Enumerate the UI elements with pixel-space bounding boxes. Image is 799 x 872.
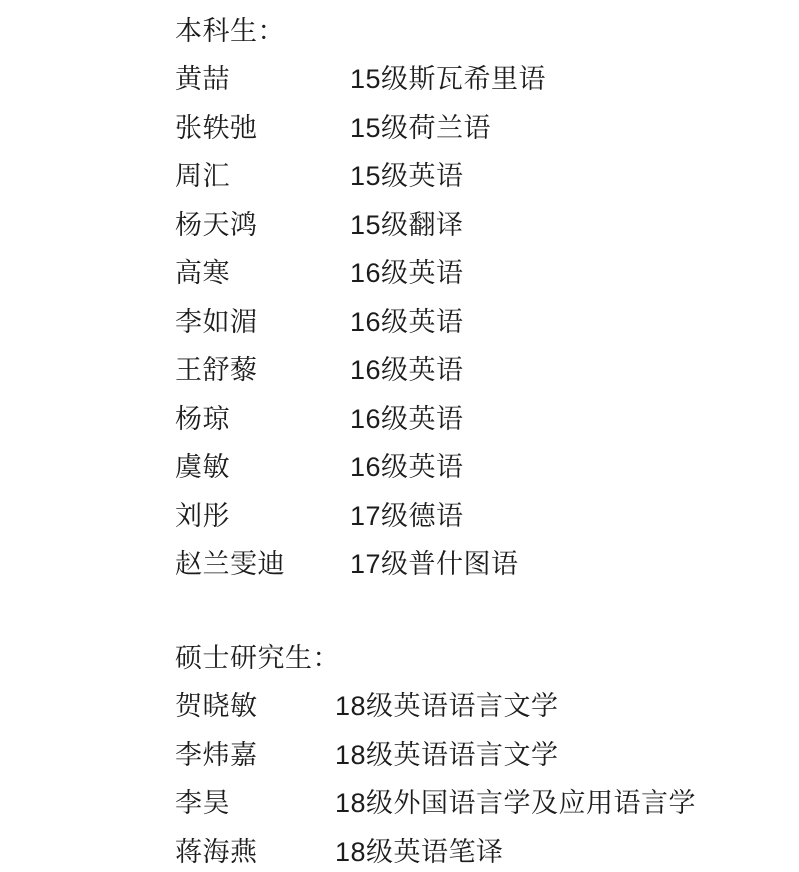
- student-row: 李昊18级外国语言学及应用语言学: [175, 780, 799, 829]
- student-name: 李炜嘉: [175, 742, 335, 769]
- masters-section: 硕士研究生： 贺晓敏18级英语语言文学李炜嘉18级英语语言文学李昊18级外国语言…: [175, 634, 799, 872]
- student-row: 虞敏16级英语: [175, 444, 799, 493]
- student-program: 16级英语: [350, 309, 464, 336]
- student-name: 虞敏: [175, 454, 350, 481]
- undergraduate-section-header: 本科生：: [175, 7, 799, 56]
- student-program: 15级英语: [350, 163, 464, 190]
- student-row: 杨琼16级英语: [175, 395, 799, 444]
- student-name: 蒋海燕: [175, 839, 335, 866]
- student-name: 李如湄: [175, 309, 350, 336]
- student-name: 张轶弛: [175, 115, 350, 142]
- student-row: 张轶弛15级荷兰语: [175, 104, 799, 153]
- student-program: 16级英语: [350, 357, 464, 384]
- student-row: 王舒藜16级英语: [175, 347, 799, 396]
- student-program: 15级荷兰语: [350, 115, 491, 142]
- student-name: 杨琼: [175, 406, 350, 433]
- student-program: 15级翻译: [350, 212, 464, 239]
- student-row: 黄喆15级斯瓦希里语: [175, 56, 799, 105]
- student-program: 18级英语语言文学: [335, 693, 559, 720]
- student-list-page: 本科生： 黄喆15级斯瓦希里语张轶弛15级荷兰语周汇15级英语杨天鸿15级翻译高…: [0, 0, 799, 872]
- student-program: 15级斯瓦希里语: [350, 66, 546, 93]
- student-program: 18级外国语言学及应用语言学: [335, 790, 696, 817]
- student-program: 16级英语: [350, 454, 464, 481]
- student-row: 杨天鸿15级翻译: [175, 201, 799, 250]
- student-row: 赵兰雯迪17级普什图语: [175, 541, 799, 590]
- student-row: 高寒16级英语: [175, 250, 799, 299]
- student-name: 黄喆: [175, 66, 350, 93]
- student-row: 李炜嘉18级英语语言文学: [175, 731, 799, 780]
- student-row: 李如湄16级英语: [175, 298, 799, 347]
- student-program: 18级英语笔译: [335, 839, 504, 866]
- undergraduate-section: 本科生： 黄喆15级斯瓦希里语张轶弛15级荷兰语周汇15级英语杨天鸿15级翻译高…: [175, 7, 799, 589]
- student-program: 17级普什图语: [350, 551, 519, 578]
- student-name: 贺晓敏: [175, 693, 335, 720]
- masters-section-header: 硕士研究生：: [175, 634, 799, 683]
- student-row: 蒋海燕18级英语笔译: [175, 828, 799, 872]
- student-row: 贺晓敏18级英语语言文学: [175, 683, 799, 732]
- student-name: 李昊: [175, 790, 335, 817]
- student-program: 17级德语: [350, 503, 464, 530]
- student-program: 16级英语: [350, 260, 464, 287]
- student-name: 赵兰雯迪: [175, 551, 350, 578]
- student-program: 16级英语: [350, 406, 464, 433]
- student-name: 高寒: [175, 260, 350, 287]
- student-name: 杨天鸿: [175, 212, 350, 239]
- student-row: 刘彤17级德语: [175, 492, 799, 541]
- masters-rows: 贺晓敏18级英语语言文学李炜嘉18级英语语言文学李昊18级外国语言学及应用语言学…: [175, 683, 799, 872]
- student-row: 周汇15级英语: [175, 153, 799, 202]
- undergraduate-rows: 黄喆15级斯瓦希里语张轶弛15级荷兰语周汇15级英语杨天鸿15级翻译高寒16级英…: [175, 56, 799, 590]
- student-name: 刘彤: [175, 503, 350, 530]
- student-program: 18级英语语言文学: [335, 742, 559, 769]
- student-name: 王舒藜: [175, 357, 350, 384]
- section-divider-space: [175, 589, 799, 634]
- student-name: 周汇: [175, 163, 350, 190]
